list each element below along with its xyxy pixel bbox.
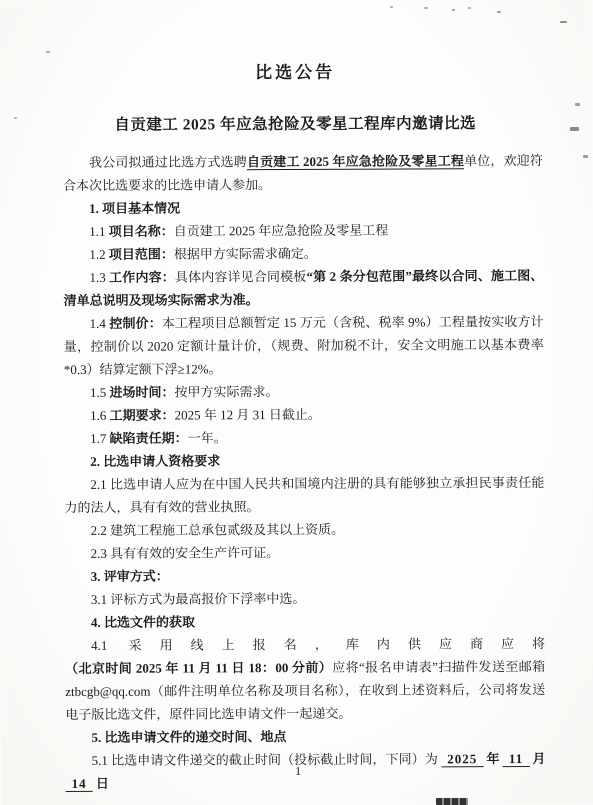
item-1-6-label: 工期要求： (110, 408, 175, 423)
item-1-3-text: 具体内容详见合同模板 (175, 269, 307, 285)
item-1-7-label: 缺陷责任期： (110, 430, 188, 445)
item-4-1-deadline-bold: （北京时间 2025 年 11 月 11 日 18：00 分前） (65, 660, 332, 676)
item-4-1-pre: 4.1 采用线上报名，库内供应商应将 (91, 636, 545, 653)
document-title: 比选公告 (0, 61, 592, 86)
item-1-3-number: 1.3 (89, 270, 109, 285)
scan-artifact-bottom-edge (436, 798, 468, 805)
project-subtitle: 自贡建工 2025 年应急抢险及零星工程库内邀请比选 (0, 113, 592, 138)
item-1-5: 1.5 进场时间：按甲方实际需求。 (64, 379, 544, 404)
scan-artifact (46, 51, 50, 53)
item-1-3: 1.3 工作内容：具体内容详见合同模板“第 2 条分包范围”最终以合同、施工图、… (63, 264, 543, 312)
scan-artifact (14, 117, 17, 119)
item-2-3: 2.3 具有有效的安全生产许可证。 (65, 540, 545, 565)
item-1-2-text: 根据甲方实际需求确定。 (174, 246, 317, 262)
item-3-1: 3.1 评标方式为最高报价下浮率中选。 (65, 586, 545, 611)
item-2-1: 2.1 比选申请人应为在中国人民共和国境内注册的具有能够独立承担民事责任能力的法… (64, 471, 544, 519)
scanned-page: 比选公告 自贡建工 2025 年应急抢险及零星工程库内邀请比选 我公司拟通过比选… (0, 0, 593, 805)
item-1-3-label: 工作内容： (109, 270, 175, 285)
item-1-7-text: 一年。 (188, 430, 227, 445)
document-body: 我公司拟通过比选方式选聘自贡建工 2025 年应急抢险及零星工程单位，欢迎符合本… (63, 149, 546, 795)
item-1-1-number: 1.1 (89, 224, 109, 239)
item-1-5-label: 进场时间： (109, 385, 174, 400)
scan-artifact (468, 7, 471, 9)
item-1-2: 1.2 项目范围：根据甲方实际需求确定。 (63, 241, 543, 266)
scan-artifact (583, 155, 588, 158)
item-1-5-number: 1.5 (90, 385, 110, 400)
item-1-1: 1.1 项目名称：自贡建工 2025 年应急抢险及零星工程 (63, 218, 543, 243)
intro-paragraph: 我公司拟通过比选方式选聘自贡建工 2025 年应急抢险及零星工程单位，欢迎符合本… (63, 149, 543, 197)
item-2-2: 2.2 建筑工程施工总承包贰级及其以上资质。 (65, 517, 545, 542)
item-4-1: 4.1 采用线上报名，库内供应商应将（北京时间 2025 年 11 月 11 日… (65, 632, 545, 726)
scan-artifact (390, 6, 393, 8)
item-1-6-text: 2025 年 12 月 31 日截止。 (175, 407, 321, 423)
project-name-emphasis: 自贡建工 2025 年应急抢险及零星工程 (247, 153, 464, 170)
section-1-heading: 1. 项目基本情况 (63, 195, 543, 220)
item-1-4-label: 控制价： (109, 316, 162, 331)
item-1-1-label: 项目名称： (109, 224, 174, 239)
item-1-2-number: 1.2 (89, 247, 109, 262)
scan-artifact (575, 103, 580, 106)
item-1-6: 1.6 工期要求：2025 年 12 月 31 日截止。 (64, 402, 544, 427)
section-2-heading: 2. 比选申请人资格要求 (64, 448, 544, 473)
section-4-heading: 4. 比选文件的获取 (65, 609, 545, 634)
scan-artifact (424, 7, 428, 9)
item-1-4: 1.4 控制价：本工程项目总额暂定 15 万元（含税、税率 9%）工程量按实收方… (64, 310, 544, 381)
scan-artifact (560, 21, 567, 23)
item-1-2-label: 项目范围： (109, 247, 174, 262)
item-1-1-text: 自贡建工 2025 年应急抢险及零星工程 (174, 223, 389, 239)
item-1-6-number: 1.6 (90, 408, 110, 423)
page-number: 1 (2, 763, 593, 781)
scan-artifact (570, 127, 579, 131)
item-1-7-number: 1.7 (90, 431, 110, 446)
item-1-4-number: 1.4 (90, 316, 110, 331)
item-1-5-text: 按甲方实际需求。 (174, 384, 278, 399)
section-5-heading: 5. 比选申请文件的递交时间、地点 (65, 724, 545, 749)
scan-artifact (452, 9, 455, 11)
scan-artifact (497, 11, 501, 13)
item-1-7: 1.7 缺陷责任期：一年。 (64, 425, 544, 450)
section-3-heading: 3. 评审方式： (65, 563, 545, 588)
intro-text-pre: 我公司拟通过比选方式选聘 (89, 154, 247, 170)
